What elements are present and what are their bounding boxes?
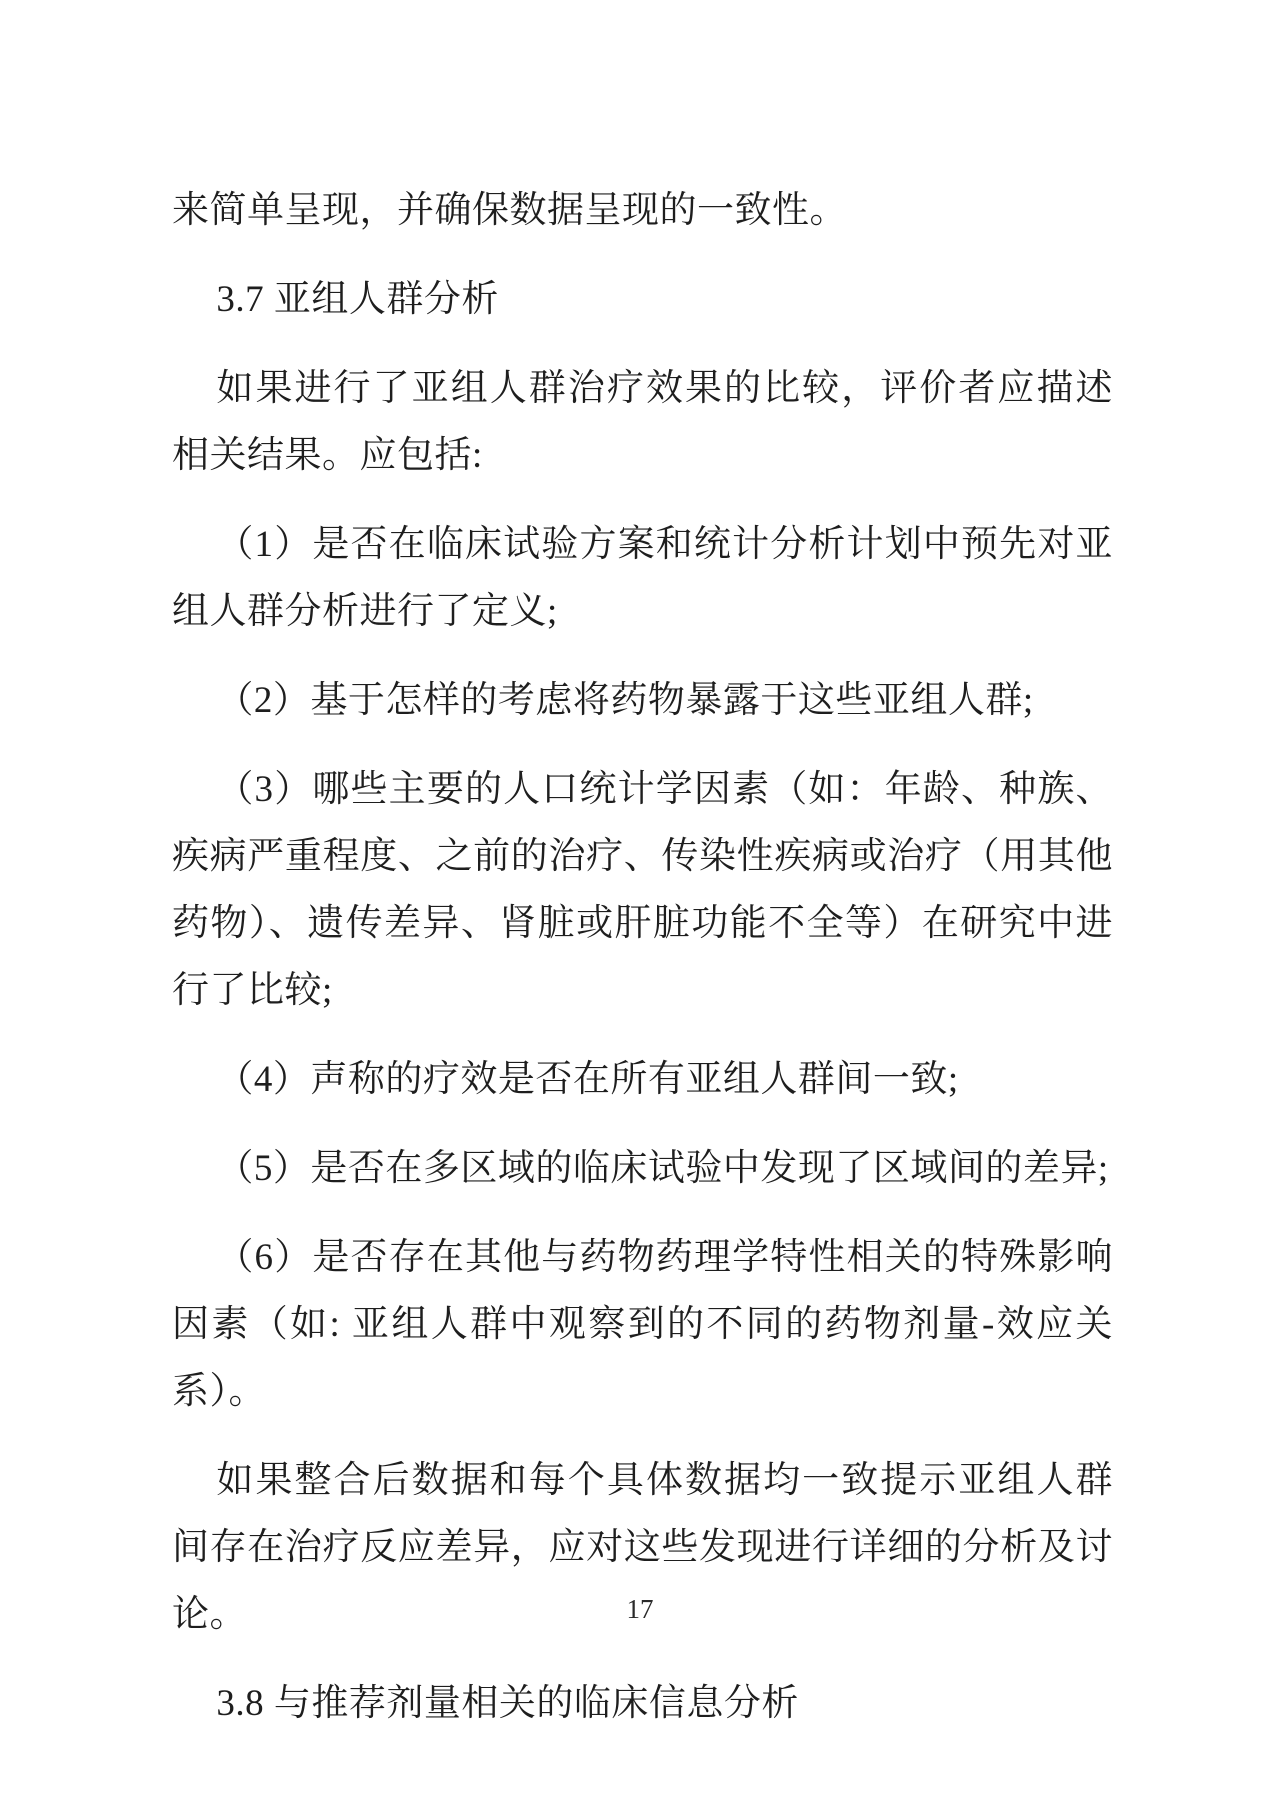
paragraph: （3）哪些主要的人口统计学因素（如：年龄、种族、疾病严重程度、之前的治疗、传染性… <box>172 756 1113 1024</box>
paragraph: （5）是否在多区域的临床试验中发现了区域间的差异; <box>172 1135 1113 1202</box>
paragraph: （1）是否在临床试验方案和统计分析计划中预先对亚组人群分析进行了定义; <box>172 511 1113 645</box>
page-number: 17 <box>0 1592 1280 1626</box>
paragraph: 如果进行了亚组人群治疗效果的比较，评价者应描述相关结果。应包括: <box>172 355 1113 489</box>
paragraph: （6）是否存在其他与药物药理学特性相关的特殊影响因素（如: 亚组人群中观察到的不… <box>172 1224 1113 1425</box>
document-body: 来简单呈现，并确保数据呈现的一致性。3.7 亚组人群分析如果进行了亚组人群治疗效… <box>172 177 1113 1759</box>
paragraph: （4）声称的疗效是否在所有亚组人群间一致; <box>172 1046 1113 1113</box>
paragraph: 来简单呈现，并确保数据呈现的一致性。 <box>172 177 1113 244</box>
paragraph: （2）基于怎样的考虑将药物暴露于这些亚组人群; <box>172 667 1113 734</box>
document-page: 来简单呈现，并确保数据呈现的一致性。3.7 亚组人群分析如果进行了亚组人群治疗效… <box>0 0 1280 1810</box>
section-heading: 3.7 亚组人群分析 <box>172 266 1113 333</box>
section-heading: 3.8 与推荐剂量相关的临床信息分析 <box>172 1670 1113 1737</box>
